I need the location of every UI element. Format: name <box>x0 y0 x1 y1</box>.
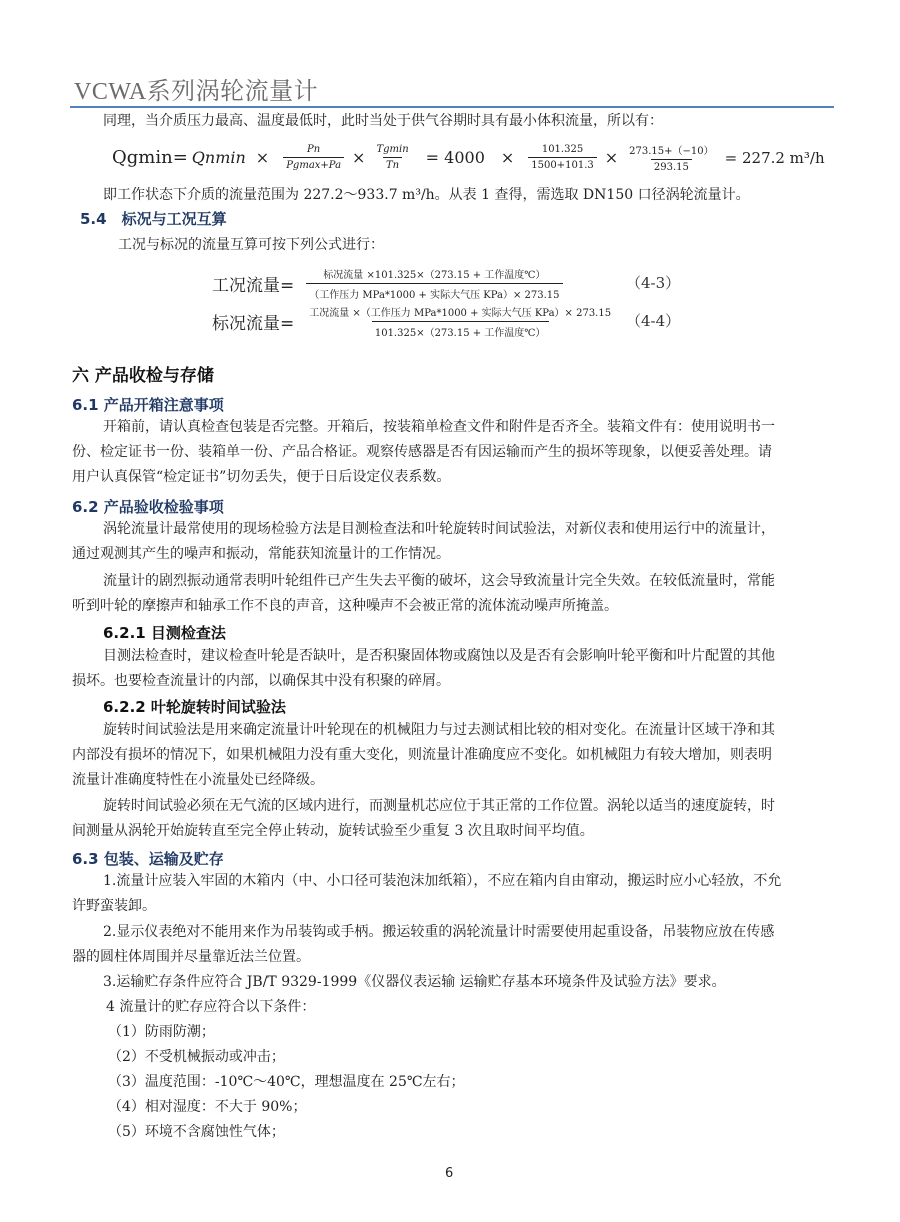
section-heading-6-2: 6.2 产品验收检验事项 <box>72 496 224 517</box>
condition-item: （2）不受机械振动或冲击； <box>108 1048 285 1066</box>
subsection-heading-6-2-1: 6.2.1 目测检查法 <box>103 622 226 643</box>
equation-number: （4-3） <box>626 272 680 293</box>
section-heading-5-4: 5.4 标况与工况互算 <box>80 208 227 229</box>
formula-standard-flow: 标况流量= 工况流量 ×（工作压力 MPa*1000 + 实际大气压 KPa）×… <box>212 304 620 339</box>
formula-lhs: Qgmin= <box>112 147 188 168</box>
document-page: VCWA系列涡轮流量计 同理，当介质压力最高、温度最低时，此时当处于供气谷期时具… <box>0 0 900 1222</box>
paragraph-line: 旋转时间试验法是用来确定流量计叶轮现在的机械阻力与过去测试相比较的相对变化。在流… <box>103 721 775 739</box>
numerator: 273.15+（−10） <box>626 142 716 159</box>
times-symbol: × <box>501 148 514 167</box>
paragraph: 同理，当介质压力最高、温度最低时，此时当处于供气谷期时具有最小体积流量，所以有： <box>103 112 663 130</box>
fraction: 标况流量 ×101.325×（273.15 + 工作温度℃） （工作压力 MPa… <box>306 266 562 301</box>
paragraph-line: 开箱前，请认真检查包装是否完整。开箱后，按装箱单检查文件和附件是否齐全。装箱文件… <box>103 418 775 436</box>
numerator: Tgmin <box>373 144 411 157</box>
numerator: 101.325 <box>539 144 586 157</box>
fraction: 工况流量 ×（工作压力 MPa*1000 + 实际大气压 KPa）× 273.1… <box>306 304 614 339</box>
numerator: 标况流量 ×101.325×（273.15 + 工作温度℃） <box>320 266 548 283</box>
header-rule <box>70 106 834 108</box>
numerator: Pn <box>304 144 323 157</box>
paragraph-line: 损坏。也要检查流量计的内部，以确保其中没有积聚的碎屑。 <box>72 672 450 690</box>
fraction: Pn Pgmax+Pa <box>283 144 344 171</box>
list-item-line: 许野蛮装卸。 <box>72 897 156 915</box>
paragraph-line: 用户认真保管“检定证书”切勿丢失，便于日后设定仪表系数。 <box>72 468 450 486</box>
paragraph: 工况与标况的流量互算可按下列公式进行： <box>118 236 384 254</box>
equals-value: = 4000 <box>426 148 485 167</box>
denominator: 1500+101.3 <box>528 157 596 171</box>
paragraph-line: 旋转时间试验必须在无气流的区域内进行，而测量机芯应位于其正常的工作位置。涡轮以适… <box>103 797 775 815</box>
paragraph-line: 内部没有损坏的情况下，如果机械阻力没有重大变化，则流量计准确度应不变化。如机械阻… <box>72 746 772 764</box>
times-symbol: × <box>256 148 269 167</box>
list-item: 4 流量计的贮存应符合以下条件： <box>106 998 315 1016</box>
fraction: Tgmin Tn <box>373 144 411 171</box>
paragraph-line: 通过观测其产生的噪声和振动，常能获知流量计的工作情况。 <box>72 545 450 563</box>
paragraph-line: 流量计的剧烈振动通常表明叶轮组件已产生失去平衡的破坏，这会导致流量计完全失效。在… <box>103 572 775 590</box>
formula-working-flow: 工况流量= 标况流量 ×101.325×（273.15 + 工作温度℃） （工作… <box>212 266 569 301</box>
page-number: 6 <box>445 1166 453 1181</box>
denominator: Pgmax+Pa <box>283 157 344 171</box>
condition-item: （3）温度范围：-10℃～40℃，理想温度在 25℃左右； <box>108 1073 465 1091</box>
fraction: 273.15+（−10） 293.15 <box>626 142 716 173</box>
denominator: 293.15 <box>651 159 692 173</box>
paragraph-line: 份、检定证书一份、装箱单一份、产品合格证。观察传感器是否有因运输而产生的损坏等现… <box>72 443 772 461</box>
list-item: 3.运输贮存条件应符合 JB/T 9329-1999《仪器仪表运输 运输贮存基本… <box>103 973 726 991</box>
denominator: （工作压力 MPa*1000 + 实际大气压 KPa）× 273.15 <box>306 283 562 301</box>
formula-lhs: 标况流量= <box>212 309 294 334</box>
times-symbol: × <box>605 148 618 167</box>
paragraph-line: 流量计准确度特性在小流量处已经降级。 <box>72 771 324 789</box>
formula-qgmin: Qgmin= Qnmin × Pn Pgmax+Pa × Tgmin Tn = … <box>112 142 827 173</box>
condition-item: （1）防雨防潮； <box>108 1023 215 1041</box>
paragraph-line: 涡轮流量计最常使用的现场检验方法是目测检查法和叶轮旋转时间试验法，对新仪表和使用… <box>103 520 775 538</box>
paragraph-line: 间测量从涡轮开始旋转直至完全停止转动，旋转试验至少重复 3 次且取时间平均值。 <box>72 822 594 840</box>
paragraph-line: 目测法检查时，建议检查叶轮是否缺叶，是否积聚固体物或腐蚀以及是否有会影响叶轮平衡… <box>103 647 775 665</box>
list-item-line: 1.流量计应装入牢固的木箱内（中、小口径可装泡沫加纸箱），不应在箱内自由窜动，搬… <box>103 872 781 890</box>
subsection-heading-6-2-2: 6.2.2 叶轮旋转时间试验法 <box>103 696 286 717</box>
equation-number: （4-4） <box>626 310 680 331</box>
times-symbol: × <box>352 148 365 167</box>
formula-lhs: 工况流量= <box>212 271 294 296</box>
list-item-line: 2.显示仪表绝对不能用来作为吊装钩或手柄。搬运较重的涡轮流量计时需要使用起重设备… <box>103 923 774 941</box>
header-title: VCWA系列涡轮流量计 <box>74 78 318 106</box>
fraction: 101.325 1500+101.3 <box>528 144 596 171</box>
section-heading-6-3: 6.3 包装、运输及贮存 <box>72 848 224 869</box>
denominator: 101.325×（273.15 + 工作温度℃） <box>372 321 549 339</box>
condition-item: （4）相对湿度：不大于 90%； <box>108 1098 306 1116</box>
section-heading-6-1: 6.1 产品开箱注意事项 <box>72 394 224 415</box>
paragraph: 即工作状态下介质的流量范围为 227.2～933.7 m³/h。从表 1 查得，… <box>103 186 750 204</box>
chapter-heading-6: 六 产品收检与存储 <box>72 361 214 386</box>
list-item-line: 器的圆柱体周围并尽量靠近法兰位置。 <box>72 948 310 966</box>
formula-result: = 227.2 m³/h <box>725 149 825 167</box>
denominator: Tn <box>383 157 402 171</box>
condition-item: （5）环境不含腐蚀性气体； <box>108 1123 285 1141</box>
formula-var: Qnmin <box>192 148 246 167</box>
numerator: 工况流量 ×（工作压力 MPa*1000 + 实际大气压 KPa）× 273.1… <box>306 304 614 321</box>
paragraph-line: 听到叶轮的摩擦声和轴承工作不良的声音，这种噪声不会被正常的流体流动噪声所掩盖。 <box>72 597 618 615</box>
